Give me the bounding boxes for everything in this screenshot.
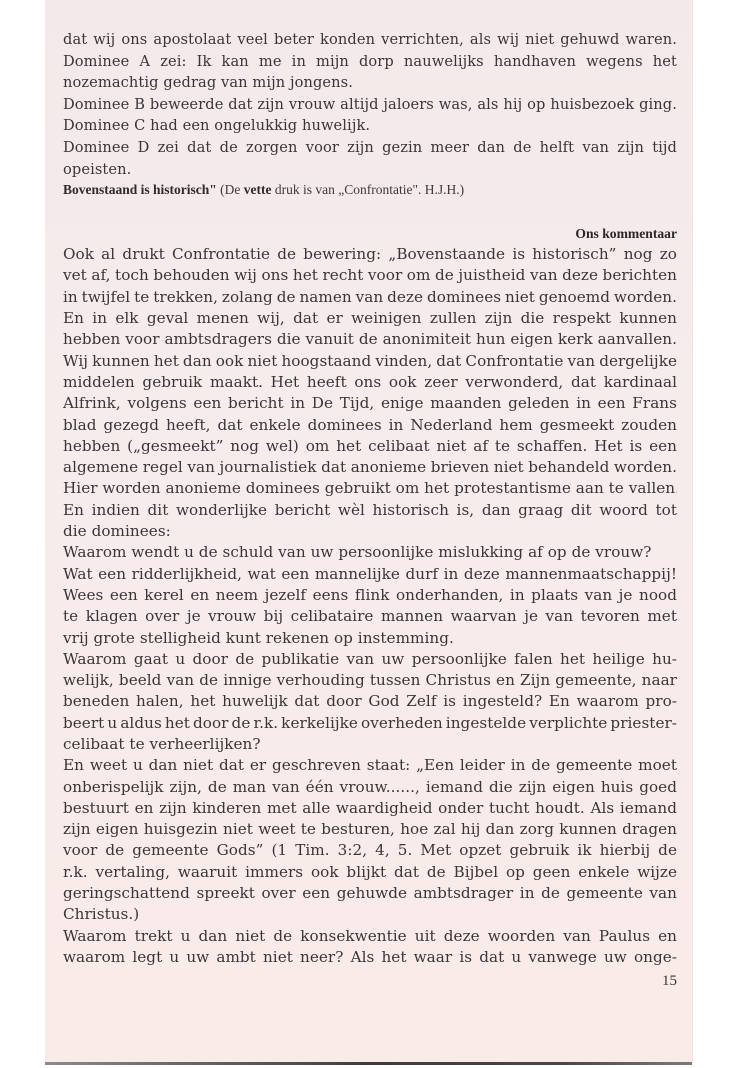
commentary-body: Ook al drukt Confrontatie de bewering: „… <box>63 244 677 968</box>
text-line: r.k. vertaling, waaruit immers ook blijk… <box>63 862 677 883</box>
text-line: Wij kunnen het dan ook niet hoogstaand v… <box>63 351 677 372</box>
text-line: nozemachtig gedrag van mijn jongens. <box>63 72 677 94</box>
text-line: Wat een ridderlijkheid, wat een mannelij… <box>63 564 677 585</box>
text-line: Waarom gaat u door de publikatie van uw … <box>63 649 677 670</box>
historic-note-paren-open: (De <box>217 182 244 197</box>
text-line: hebben voor ambtsdragers die vanuit de a… <box>63 329 677 350</box>
text-line: bestuurt en zijn kinderen met alle waard… <box>63 798 677 819</box>
text-line: te klagen over je vrouw bij celibataire … <box>63 606 677 627</box>
page-number: 15 <box>63 971 677 991</box>
text-line: Dominee B beweerde dat zijn vrouw altijd… <box>63 94 677 116</box>
historic-note-bold: Bovenstaand is historisch" <box>63 182 217 197</box>
text-line: in twijfel te trekken, zolang de namen v… <box>63 287 677 308</box>
text-line: middelen gebruik maakt. Het heeft ons oo… <box>63 372 677 393</box>
historic-note-paren-rest: druk is van „Confrontatie". H.J.H.) <box>272 182 465 197</box>
text-line: die dominees: <box>63 521 677 542</box>
text-column: dat wij ons apostolaat veel beter konden… <box>63 29 677 991</box>
text-line: Waarom wendt u de schuld van uw persoonl… <box>63 542 677 563</box>
text-line: En weet u dan niet dat er geschreven sta… <box>63 755 677 776</box>
text-line: celibaat te verheerlijken? <box>63 734 677 755</box>
text-line: Christus.) <box>63 904 677 925</box>
page-bottom-edge <box>45 1062 692 1065</box>
text-line: dat wij ons apostolaat veel beter konden… <box>63 29 677 51</box>
text-line: beert u aldus het door de r.k. kerkelijk… <box>63 713 677 734</box>
text-line: En indien dit wonderlijke bericht wèl hi… <box>63 500 677 521</box>
text-line: hebben („gesmeekt” nog wel) om het celib… <box>63 436 677 457</box>
text-line: Alfrink, volgens een bericht in De Tijd,… <box>63 393 677 414</box>
text-line: Hier worden anonieme dominees gebruikt o… <box>63 478 677 499</box>
text-line: Dominee A zei: Ik kan me in mijn dorp na… <box>63 51 677 73</box>
text-line: waarom legt u uw ambt niet neer? Als het… <box>63 947 677 968</box>
text-line: vrij grote stelligheid kunt rekenen op i… <box>63 628 677 649</box>
text-line: voor de gemeente Gods” (1 Tim. 3:2, 4, 5… <box>63 840 677 861</box>
text-line: Waarom trekt u dan niet de konsekwentie … <box>63 926 677 947</box>
quoted-statements: dat wij ons apostolaat veel beter konden… <box>63 29 677 180</box>
historic-note-bold-word: vette <box>244 182 272 197</box>
text-line: algemene regel van journalistiek dat ano… <box>63 457 677 478</box>
text-line: Ook al drukt Confrontatie de bewering: „… <box>63 244 677 265</box>
text-line: Wees een kerel en neem jezelf eens flink… <box>63 585 677 606</box>
text-line: blad gezegd heeft, dat enkele dominees i… <box>63 415 677 436</box>
text-line: zijn eigen huisgezin niet weet te bestur… <box>63 819 677 840</box>
text-line: onberispelijk zijn, de man van één vrouw… <box>63 777 677 798</box>
text-line: Dominee D zei dat de zorgen voor zijn ge… <box>63 137 677 159</box>
text-line: opeisten. <box>63 159 677 181</box>
text-line: En in elk geval menen wij, dat er weinig… <box>63 308 677 329</box>
text-line: vet af, toch behouden wij ons het recht … <box>63 265 677 286</box>
text-line: geringschattend spreekt over een gehuwde… <box>63 883 677 904</box>
historic-note: Bovenstaand is historisch" (De vette dru… <box>63 180 677 200</box>
section-heading: Ons kommentaar <box>63 224 677 244</box>
text-line: beneden halen, het huwelijk dat door God… <box>63 691 677 712</box>
text-line: welijk, beeld van de innige verhouding t… <box>63 670 677 691</box>
text-line: Dominee C had een ongelukkig huwelijk. <box>63 115 677 137</box>
